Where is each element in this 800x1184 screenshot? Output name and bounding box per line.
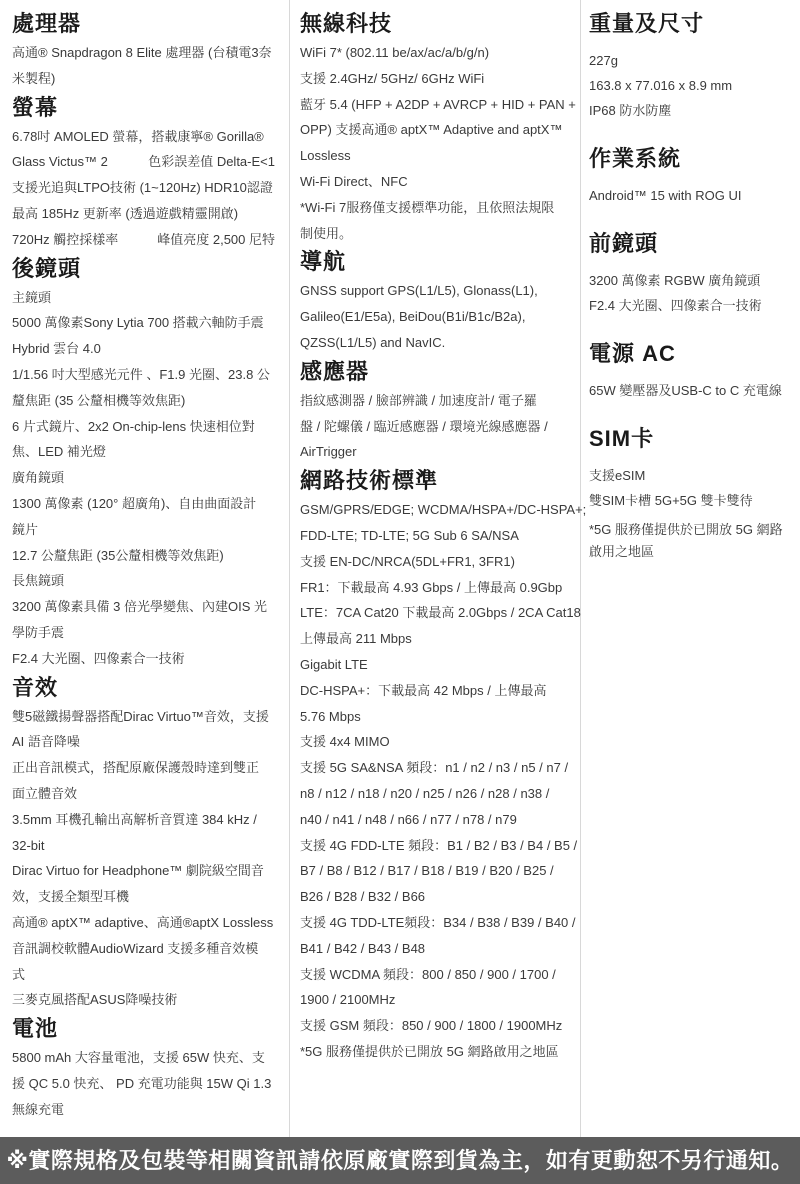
spec-line: 上傳最高 211 Mbps xyxy=(300,626,574,652)
spec-sheet: 處理器 高通® Snapdragon 8 Elite 處理器 (台積電3奈 米製… xyxy=(0,0,800,1137)
spec-line: AI 語音降噪 xyxy=(12,729,283,755)
spec-line: Wi-Fi Direct、NFC xyxy=(300,169,574,195)
spec-line: 長焦鏡頭 xyxy=(12,568,283,594)
section-processor: 處理器 高通® Snapdragon 8 Elite 處理器 (台積電3奈 米製… xyxy=(12,8,283,92)
spec-line: 鏡片 xyxy=(12,517,283,543)
spec-line: OPP) 支援高通® aptX™ Adaptive and aptX™ xyxy=(300,117,574,143)
spec-line: FR1：下載最高 4.93 Gbps / 上傳最高 0.9Gbp xyxy=(300,575,574,601)
spec-line: LTE：7CA Cat20 下載最高 2.0Gbps / 2CA Cat18 xyxy=(300,600,574,626)
spec-note: 啟用之地區 xyxy=(589,541,796,563)
disclaimer-text: ※實際規格及包裝等相關資訊請依原廠實際到貨為主，如有更動恕不另行通知。 xyxy=(7,1148,794,1173)
spec-line: 廣角鏡頭 xyxy=(12,465,283,491)
spec-line: IP68 防水防塵 xyxy=(589,98,796,123)
spec-line: 支援 5G SA&NSA 頻段：n1 / n2 / n3 / n5 / n7 / xyxy=(300,755,574,781)
section-front-camera: 前鏡頭 3200 萬像素 RGBW 廣角鏡頭 F2.4 大光圈、四像素合一技術 xyxy=(589,228,796,328)
spec-line: 32-bit xyxy=(12,833,283,859)
spec-line: 雙SIM卡槽 5G+5G 雙卡雙待 xyxy=(589,488,796,513)
spec-line: B26 / B28 / B32 / B66 xyxy=(300,884,574,910)
spec-column-1: 處理器 高通® Snapdragon 8 Elite 處理器 (台積電3奈 米製… xyxy=(0,0,290,1137)
section-weight-size: 重量及尺寸 227g 163.8 x 77.016 x 8.9 mm IP68 … xyxy=(589,8,796,133)
spec-line: 支援 EN-DC/NRCA(5DL+FR1, 3FR1) xyxy=(300,549,574,575)
section-title-rear-camera: 後鏡頭 xyxy=(12,253,283,285)
spec-line: 720Hz 觸控採樣率 峰值亮度 2,500 尼特 xyxy=(12,227,283,253)
spec-line: 支援 4G FDD-LTE 頻段：B1 / B2 / B3 / B4 / B5 … xyxy=(300,833,574,859)
section-title-audio: 音效 xyxy=(12,672,283,704)
section-title-weight-size: 重量及尺寸 xyxy=(589,8,796,40)
spec-line: 主鏡頭 xyxy=(12,285,283,311)
spec-line: 雙5磁鐵揚聲器搭配Dirac Virtuo™音效，支援 xyxy=(12,704,283,730)
spec-line: 65W 變壓器及USB-C to C 充電線 xyxy=(589,378,796,403)
disclaimer-footer: ※實際規格及包裝等相關資訊請依原廠實際到貨為主，如有更動恕不另行通知。 xyxy=(0,1137,800,1184)
spec-line: 支援 GSM 頻段：850 / 900 / 1800 / 1900MHz xyxy=(300,1013,574,1039)
spec-line: *5G 服務僅提供於已開放 5G 網路啟用之地區 xyxy=(300,1039,574,1065)
spec-line: 5.76 Mbps xyxy=(300,704,574,730)
section-rear-camera: 後鏡頭 主鏡頭 5000 萬像素Sony Lytia 700 搭載六軸防手震 H… xyxy=(12,253,283,672)
spec-line: 援 QC 5.0 快充、 PD 充電功能與 15W Qi 1.3 xyxy=(12,1071,283,1097)
spec-line: 1/1.56 吋大型感光元件 、F1.9 光圈、23.8 公 xyxy=(12,362,283,388)
spec-line: AirTrigger xyxy=(300,439,574,465)
section-navigation: 導航 GNSS support GPS(L1/L5), Glonass(L1),… xyxy=(300,246,574,355)
spec-line: Hybrid 雲台 4.0 xyxy=(12,336,283,362)
section-title-network: 網路技術標準 xyxy=(300,465,574,497)
section-sensors: 感應器 指紋感測器 / 臉部辨識 / 加速度計/ 電子羅 盤 / 陀螺儀 / 臨… xyxy=(300,356,574,465)
section-title-os: 作業系統 xyxy=(589,143,796,175)
spec-line: 式 xyxy=(12,962,283,988)
spec-line: 面立體音效 xyxy=(12,781,283,807)
section-title-processor: 處理器 xyxy=(12,8,283,40)
spec-line: 焦、LED 補光燈 xyxy=(12,439,283,465)
section-title-power-ac: 電源 AC xyxy=(589,338,796,370)
spec-line: 5800 mAh 大容量電池，支援 65W 快充、支 xyxy=(12,1045,283,1071)
section-sim: SIM卡 支援eSIM 雙SIM卡槽 5G+5G 雙卡雙待 *5G 服務僅提供於… xyxy=(589,423,796,563)
spec-line: 三麥克風搭配ASUS降噪技術 xyxy=(12,987,283,1013)
spec-line: 釐焦距 (35 公釐相機等效焦距) xyxy=(12,388,283,414)
spec-line: 支援 2.4GHz/ 5GHz/ 6GHz WiFi xyxy=(300,66,574,92)
spec-line: B41 / B42 / B43 / B48 xyxy=(300,936,574,962)
spec-line: n40 / n41 / n48 / n66 / n77 / n78 / n79 xyxy=(300,807,574,833)
section-display: 螢幕 6.78吋 AMOLED 螢幕，搭載康寧® Gorilla® Glass … xyxy=(12,92,283,253)
spec-line: 制使用。 xyxy=(300,221,574,247)
spec-line: 6 片式鏡片、2x2 On-chip-lens 快速相位對 xyxy=(12,414,283,440)
spec-line-left: 720Hz 觸控採樣率 xyxy=(12,227,118,253)
spec-line: 163.8 x 77.016 x 8.9 mm xyxy=(589,73,796,98)
spec-column-3: 重量及尺寸 227g 163.8 x 77.016 x 8.9 mm IP68 … xyxy=(581,0,800,1137)
spec-line-right: 色彩誤差值 Delta-E<1 xyxy=(148,149,275,175)
section-power-ac: 電源 AC 65W 變壓器及USB-C to C 充電線 xyxy=(589,338,796,413)
section-wireless: 無線科技 WiFi 7* (802.11 be/ax/ac/a/b/g/n) 支… xyxy=(300,8,574,246)
spec-line: 指紋感測器 / 臉部辨識 / 加速度計/ 電子羅 xyxy=(300,388,574,414)
spec-line: *Wi-Fi 7服務僅支援標準功能，且依照法規限 xyxy=(300,195,574,221)
spec-line: 米製程) xyxy=(12,66,283,92)
spec-line: QZSS(L1/L5) and NavIC. xyxy=(300,330,574,356)
spec-line: 支援 4G TDD-LTE頻段：B34 / B38 / B39 / B40 / xyxy=(300,910,574,936)
spec-line: GNSS support GPS(L1/L5), Glonass(L1), xyxy=(300,278,574,304)
spec-line: 正出音訊模式，搭配原廠保護殼時達到雙正 xyxy=(12,755,283,781)
spec-line: Android™ 15 with ROG UI xyxy=(589,183,796,208)
spec-line: 5000 萬像素Sony Lytia 700 搭載六軸防手震 xyxy=(12,310,283,336)
spec-line: 支援光追與LTPO技術 (1~120Hz) HDR10認證 xyxy=(12,175,283,201)
spec-line: 無線充電 xyxy=(12,1097,283,1123)
spec-line-left: Glass Victus™ 2 xyxy=(12,149,108,175)
spec-line: 高通® Snapdragon 8 Elite 處理器 (台積電3奈 xyxy=(12,40,283,66)
section-os: 作業系統 Android™ 15 with ROG UI xyxy=(589,143,796,218)
section-audio: 音效 雙5磁鐵揚聲器搭配Dirac Virtuo™音效，支援 AI 語音降噪 正… xyxy=(12,672,283,1014)
spec-line: 支援 WCDMA 頻段：800 / 850 / 900 / 1700 / xyxy=(300,962,574,988)
spec-line: 6.78吋 AMOLED 螢幕，搭載康寧® Gorilla® xyxy=(12,124,283,150)
spec-line: F2.4 大光圈、四像素合一技術 xyxy=(12,646,283,672)
spec-line: 1900 / 2100MHz xyxy=(300,987,574,1013)
section-title-sim: SIM卡 xyxy=(589,423,796,455)
spec-line: 1300 萬像素 (120° 超廣角)、自由曲面設計 xyxy=(12,491,283,517)
spec-line: 最高 185Hz 更新率 (透過遊戲精靈開啟) xyxy=(12,201,283,227)
spec-line: 3.5mm 耳機孔輸出高解析音質達 384 kHz / xyxy=(12,807,283,833)
spec-line: 3200 萬像素具備 3 倍光學變焦、內建OIS 光 xyxy=(12,594,283,620)
section-network: 網路技術標準 GSM/GPRS/EDGE; WCDMA/HSPA+/DC-HSP… xyxy=(300,465,574,1065)
spec-line: FDD-LTE; TD-LTE; 5G Sub 6 SA/NSA xyxy=(300,523,574,549)
spec-line: 藍牙 5.4 (HFP + A2DP + AVRCP + HID + PAN + xyxy=(300,92,574,118)
spec-line: 支援eSIM xyxy=(589,463,796,488)
spec-line: Dirac Virtuo for Headphone™ 劇院級空間音 xyxy=(12,858,283,884)
spec-line: WiFi 7* (802.11 be/ax/ac/a/b/g/n) xyxy=(300,40,574,66)
section-title-display: 螢幕 xyxy=(12,92,283,124)
spec-line: Lossless xyxy=(300,143,574,169)
spec-line: 227g xyxy=(589,48,796,73)
section-title-wireless: 無線科技 xyxy=(300,8,574,40)
spec-column-2: 無線科技 WiFi 7* (802.11 be/ax/ac/a/b/g/n) 支… xyxy=(290,0,581,1137)
spec-line: 效，支援全類型耳機 xyxy=(12,884,283,910)
section-title-sensors: 感應器 xyxy=(300,356,574,388)
spec-line: 盤 / 陀螺儀 / 臨近感應器 / 環境光線感應器 / xyxy=(300,414,574,440)
spec-line: 學防手震 xyxy=(12,620,283,646)
section-title-navigation: 導航 xyxy=(300,246,574,278)
spec-line-right: 峰值亮度 2,500 尼特 xyxy=(157,227,275,253)
section-title-front-camera: 前鏡頭 xyxy=(589,228,796,260)
spec-line: B7 / B8 / B12 / B17 / B18 / B19 / B20 / … xyxy=(300,858,574,884)
spec-line: 3200 萬像素 RGBW 廣角鏡頭 xyxy=(589,268,796,293)
spec-line: Galileo(E1/E5a), BeiDou(B1i/B1c/B2a), xyxy=(300,304,574,330)
spec-line: n8 / n12 / n18 / n20 / n25 / n26 / n28 /… xyxy=(300,781,574,807)
spec-line: Gigabit LTE xyxy=(300,652,574,678)
spec-line: 音訊調校軟體AudioWizard 支援多種音效模 xyxy=(12,936,283,962)
spec-line: Glass Victus™ 2 色彩誤差值 Delta-E<1 xyxy=(12,149,283,175)
section-title-battery: 電池 xyxy=(12,1013,283,1045)
section-battery: 電池 5800 mAh 大容量電池，支援 65W 快充、支 援 QC 5.0 快… xyxy=(12,1013,283,1122)
spec-line: 高通® aptX™ adaptive、高通®aptX Lossless xyxy=(12,910,283,936)
spec-line: 12.7 公釐焦距 (35公釐相機等效焦距) xyxy=(12,543,283,569)
spec-line: F2.4 大光圈、四像素合一技術 xyxy=(589,293,796,318)
spec-line: 支援 4x4 MIMO xyxy=(300,729,574,755)
spec-note: *5G 服務僅提供於已開放 5G 網路 xyxy=(589,519,796,541)
spec-line: DC-HSPA+：下載最高 42 Mbps / 上傳最高 xyxy=(300,678,574,704)
spec-line: GSM/GPRS/EDGE; WCDMA/HSPA+/DC-HSPA+; xyxy=(300,497,574,523)
